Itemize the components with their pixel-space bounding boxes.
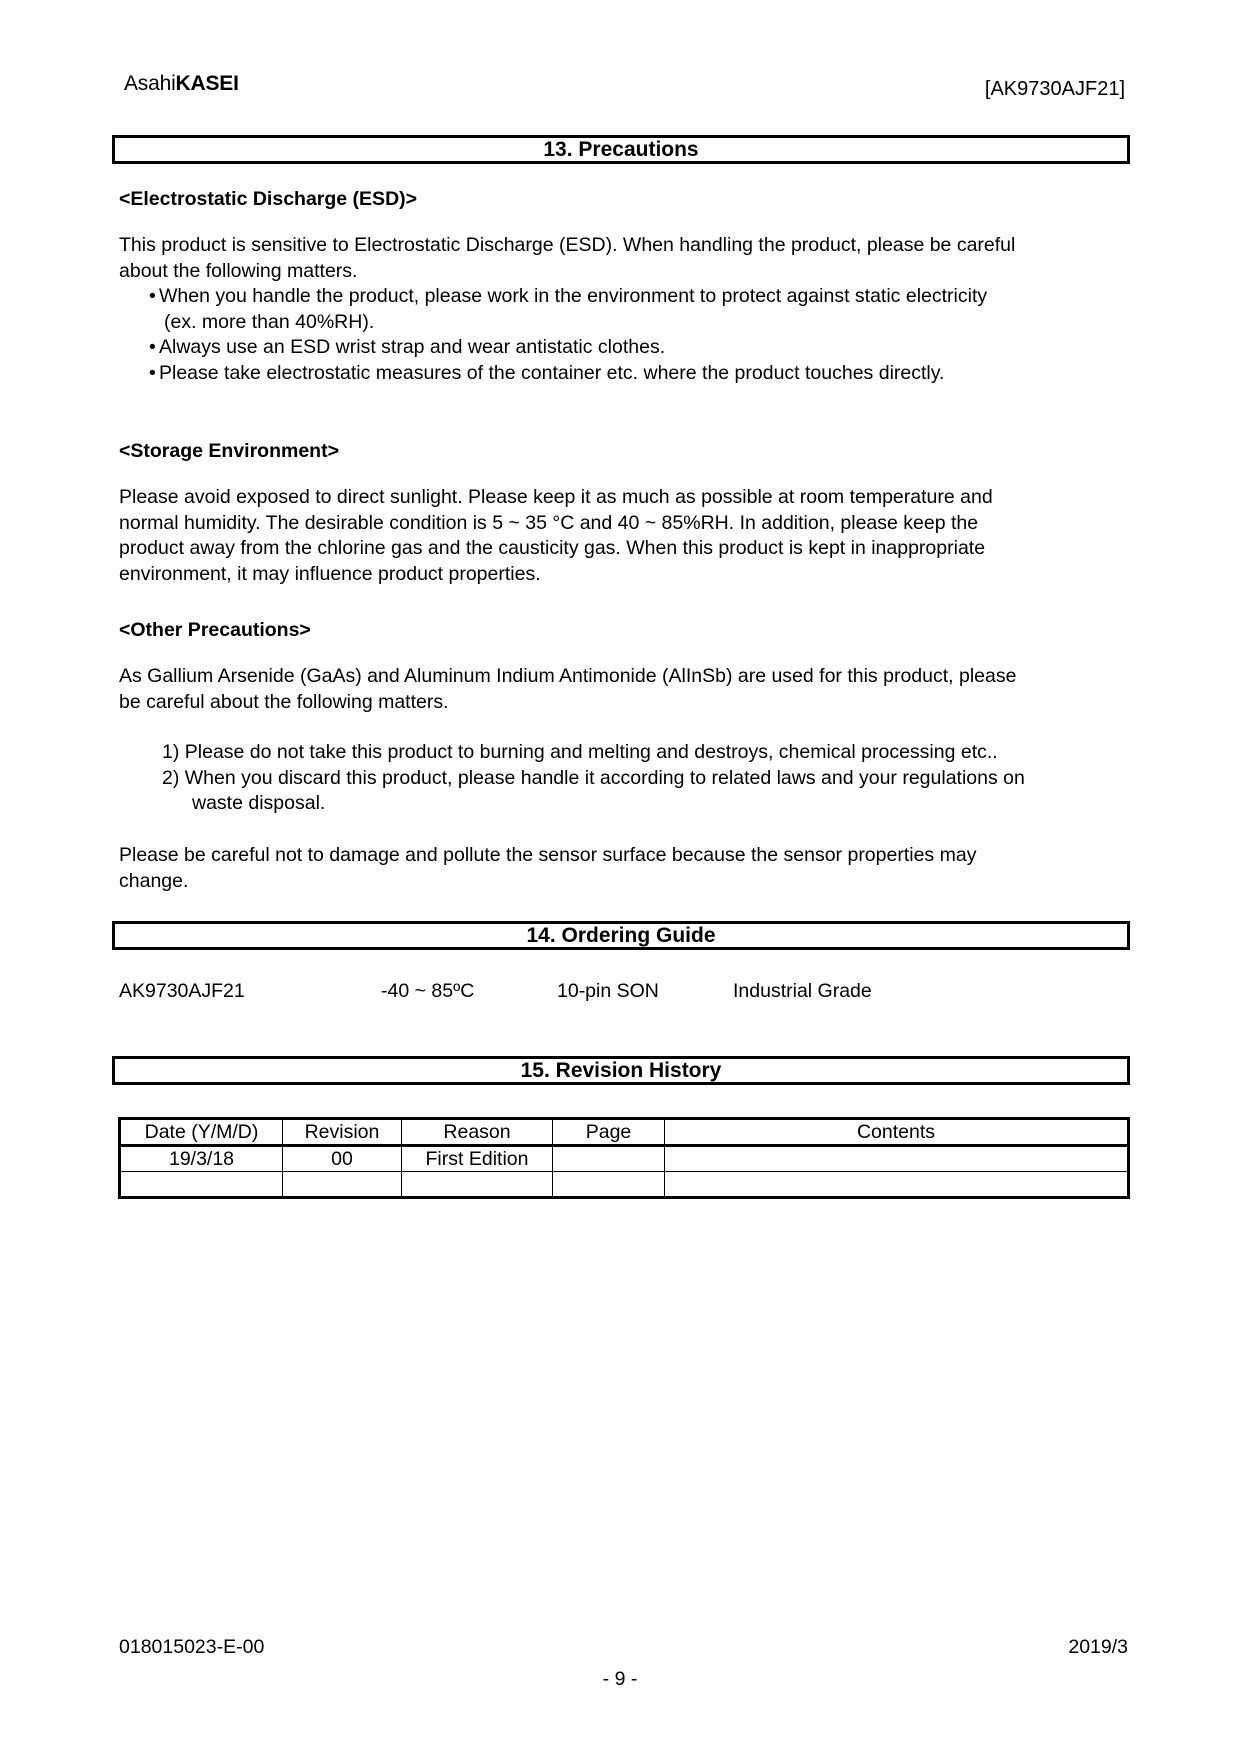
esd-paragraph: This product is sensitive to Electrostat… <box>119 233 1131 386</box>
esd-bullet-item: •When you handle the product, please wor… <box>119 284 1131 310</box>
footer-document-number: 018015023-E-00 <box>119 1636 264 1659</box>
revision-history-table: Date (Y/M/D) Revision Reason Page Conten… <box>118 1117 1130 1199</box>
storage-line: Please avoid exposed to direct sunlight.… <box>119 485 1131 511</box>
esd-heading: <Electrostatic Discharge (ESD)> <box>119 188 417 211</box>
document-part-id: [AK9730AJF21] <box>985 78 1125 101</box>
section-title-precautions: 13. Precautions <box>112 135 1130 164</box>
cell-revision <box>283 1172 402 1198</box>
column-header-contents: Contents <box>665 1119 1129 1146</box>
product-grade: Industrial Grade <box>733 980 872 1003</box>
package-type: 10-pin SON <box>557 980 659 1003</box>
cell-date <box>120 1172 283 1198</box>
section-title-revision-history: 15. Revision History <box>112 1056 1130 1085</box>
cell-revision: 00 <box>283 1146 402 1172</box>
esd-bullet-item: •Always use an ESD wrist strap and wear … <box>119 335 1131 361</box>
esd-bullet-item: •Please take electrostatic measures of t… <box>119 361 1131 387</box>
storage-line: environment, it may influence product pr… <box>119 562 1131 588</box>
sensor-surface-note: Please be careful not to damage and poll… <box>119 843 1131 894</box>
other-precautions-list: 1) Please do not take this product to bu… <box>119 740 1131 817</box>
datasheet-page: AsahiKASEI [AK9730AJF21] 13. Precautions… <box>0 0 1240 1754</box>
esd-intro-line: about the following matters. <box>119 259 1131 285</box>
cell-page <box>553 1146 665 1172</box>
footer-date: 2019/3 <box>1068 1636 1128 1659</box>
section-title-ordering-guide: 14. Ordering Guide <box>112 921 1130 950</box>
cell-contents <box>665 1172 1129 1198</box>
numbered-item: 2) When you discard this product, please… <box>119 766 1131 792</box>
cell-page <box>553 1172 665 1198</box>
table-header-row: Date (Y/M/D) Revision Reason Page Conten… <box>120 1119 1129 1146</box>
column-header-reason: Reason <box>402 1119 553 1146</box>
cell-reason <box>402 1172 553 1198</box>
part-number: AK9730AJF21 <box>119 980 245 1003</box>
storage-line: normal humidity. The desirable condition… <box>119 511 1131 537</box>
asahi-kasei-logo: AsahiKASEI <box>124 72 239 96</box>
table-row: 19/3/18 00 First Edition <box>120 1146 1129 1172</box>
column-header-page: Page <box>553 1119 665 1146</box>
page-number: - 9 - <box>0 1668 1240 1691</box>
cell-date: 19/3/18 <box>120 1146 283 1172</box>
logo-light-text: Asahi <box>124 72 176 95</box>
other-precautions-heading: <Other Precautions> <box>119 619 311 642</box>
cell-contents <box>665 1146 1129 1172</box>
bullet-icon: • <box>149 284 159 310</box>
storage-heading: <Storage Environment> <box>119 440 339 463</box>
storage-paragraph: Please avoid exposed to direct sunlight.… <box>119 485 1131 587</box>
cell-reason: First Edition <box>402 1146 553 1172</box>
numbered-item-continuation: waste disposal. <box>119 791 1131 817</box>
column-header-revision: Revision <box>283 1119 402 1146</box>
bullet-icon: • <box>149 335 159 361</box>
bullet-icon: • <box>149 361 159 387</box>
table-row <box>120 1172 1129 1198</box>
column-header-date: Date (Y/M/D) <box>120 1119 283 1146</box>
esd-bullet-continuation: (ex. more than 40%RH). <box>119 310 1131 336</box>
esd-intro-line: This product is sensitive to Electrostat… <box>119 233 1131 259</box>
other-precautions-intro: As Gallium Arsenide (GaAs) and Aluminum … <box>119 664 1131 715</box>
storage-line: product away from the chlorine gas and t… <box>119 536 1131 562</box>
temperature-range: -40 ~ 85ºC <box>381 980 474 1003</box>
logo-bold-text: KASEI <box>176 72 239 95</box>
numbered-item: 1) Please do not take this product to bu… <box>119 740 1131 766</box>
